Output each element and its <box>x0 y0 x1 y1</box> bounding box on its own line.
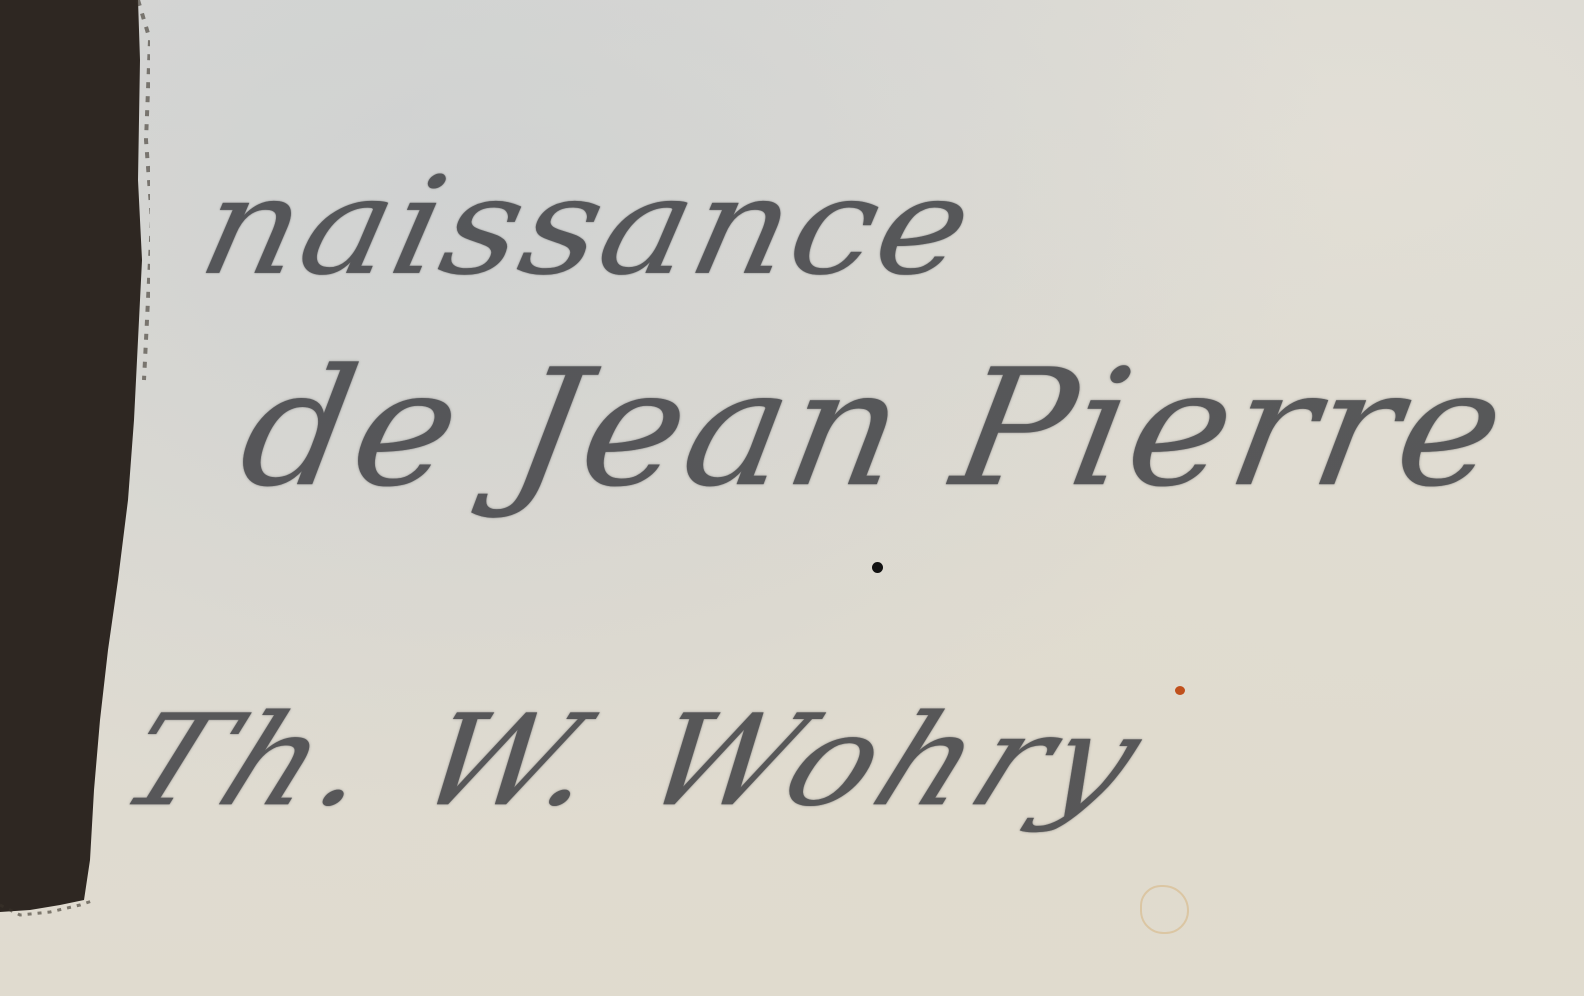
black-dot <box>872 562 883 573</box>
signature: Th. W. Wohry <box>100 688 1167 835</box>
handwriting-line-2: de Jean Pierre <box>228 335 1519 523</box>
ink-band <box>0 0 150 996</box>
orange-dot <box>1175 686 1185 695</box>
tan-stain <box>1140 885 1189 934</box>
handwriting-line-1: naissance <box>188 149 986 306</box>
